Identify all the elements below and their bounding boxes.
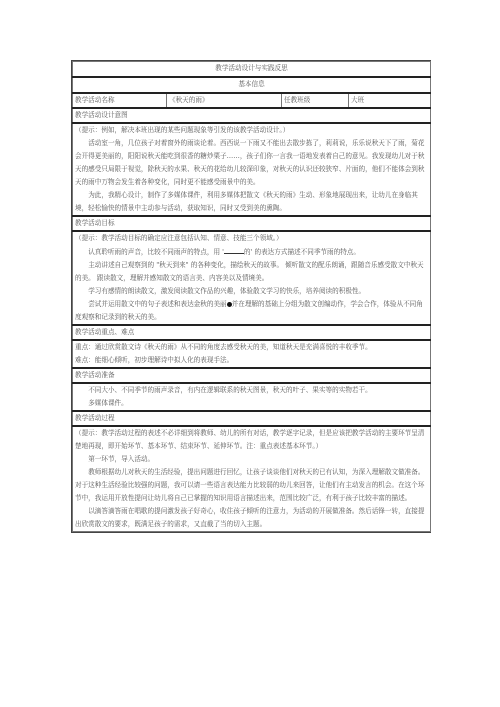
preparation-content: 不同大小、不同季节的雨声录音，有内在逻辑联系的秋天图景，秋天的叶子、果实等的实物… <box>73 383 431 411</box>
process-paragraph: 教师根据幼儿对秋天的生活经验，提出问题进行回忆，让孩子谈谈他们对秋天的已有认知，… <box>75 466 428 505</box>
objective-item: 认真聆听雨的声音，比较不同雨声的特点，用 '的' 的表达方式描述不同季节雨的特点… <box>75 245 428 259</box>
section-basic-info: 基本信息 <box>73 77 431 93</box>
objective-text: 尝试并运用散文中的句子表述和表达金秋的美丽 <box>88 300 226 308</box>
objective-item: 学习有感情的朗读散文，激发阅读散文作品的兴趣，体验散文学习的快乐，培养阅读的积极… <box>75 285 428 298</box>
objective-item: 尝试并运用散文中的句子表述和表达金秋的美丽并在理解的基础上分组为散文创编动作，学… <box>75 298 428 324</box>
preparation-heading: 教学活动准备 <box>73 368 431 383</box>
difficult-point: 难点：能细心倾听，初步理解诗中拟人化的表现手法。 <box>75 354 428 367</box>
class-label: 任教班级 <box>282 93 349 108</box>
objectives-heading: 教学活动目标 <box>73 216 431 231</box>
objectives-content: （提示：教学活动目标的确定应注意包括认知、情意、技能三个领域。） 认真聆听雨的声… <box>73 231 431 325</box>
key-point: 重点：通过欣赏散文诗《秋天的雨》从不同的角度去感受秋天的美，知道秋天是充满喜悦的… <box>75 341 428 354</box>
process-step-title: 第一环节，导入活动。 <box>75 453 428 466</box>
activity-name-value: 《秋天的雨》 <box>167 93 282 108</box>
key-points-content: 重点：通过欣赏散文诗《秋天的雨》从不同的角度去感受秋天的美，知道秋天是充满喜悦的… <box>73 340 431 368</box>
preparation-item: 多媒体课件。 <box>75 397 428 410</box>
design-intent-hint: （提示：例如，解决本班出现的某些问题现象等引发的该教学活动设计。） <box>75 124 428 137</box>
process-heading: 教学活动过程 <box>73 411 431 426</box>
design-intent-paragraph: 活动室一角，几位孩子对着窗外的雨谈论着。西西说一下雨又不能出去散步拣了，莉莉说，… <box>75 137 428 189</box>
document-page: 教学活动设计与实践反思 基本信息 教学活动名称 《秋天的雨》 任教班级 大班 教… <box>71 60 431 533</box>
design-intent-content: （提示：例如，解决本班出现的某些问题现象等引发的该教学活动设计。） 活动室一角，… <box>73 123 431 216</box>
objective-item: 主动讲述自己观察到的 "秋天到来" 的各种变化，描绘秋天的故事。 倾听散文的配乐… <box>75 259 428 285</box>
design-intent-heading: 教学活动设计意图 <box>73 108 431 123</box>
class-value: 大班 <box>349 93 431 108</box>
fill-blank <box>224 245 244 254</box>
activity-name-label: 教学活动名称 <box>73 93 167 108</box>
objective-text: 认真聆听雨的声音，比较不同雨声的特点，用 ' <box>88 248 224 256</box>
lesson-plan-table: 教学活动设计与实践反思 基本信息 教学活动名称 《秋天的雨》 任教班级 大班 教… <box>72 61 431 532</box>
key-points-heading: 教学活动重点、难点 <box>73 325 431 340</box>
process-paragraph: 以滴答滴答雨在唱歌的提问激发孩子好奇心，收住孩子倾听的注意力，为活动的开展做准备… <box>75 505 428 531</box>
process-hint: （提示：教学活动过程的表述不必详细到将教师、幼儿的所有对话，教学逐字记录，但是应… <box>75 427 428 453</box>
objective-text: 的' 的表达方式描述不同季节雨的特点。 <box>244 248 360 256</box>
preparation-item: 不同大小、不同季节的雨声录音，有内在逻辑联系的秋天图景，秋天的叶子、果实等的实物… <box>75 384 428 397</box>
document-title: 教学活动设计与实践反思 <box>73 62 431 78</box>
design-intent-paragraph: 为此，我精心设计，制作了多媒体课件，利用多媒体把散文《秋天的雨》生动、形象地展现… <box>75 189 428 215</box>
process-content: （提示：教学活动过程的表述不必详细到将教师、幼儿的所有对话，教学逐字记录，但是应… <box>73 426 431 532</box>
objectives-hint: （提示：教学活动目标的确定应注意包括认知、情意、技能三个领域。） <box>75 232 428 245</box>
